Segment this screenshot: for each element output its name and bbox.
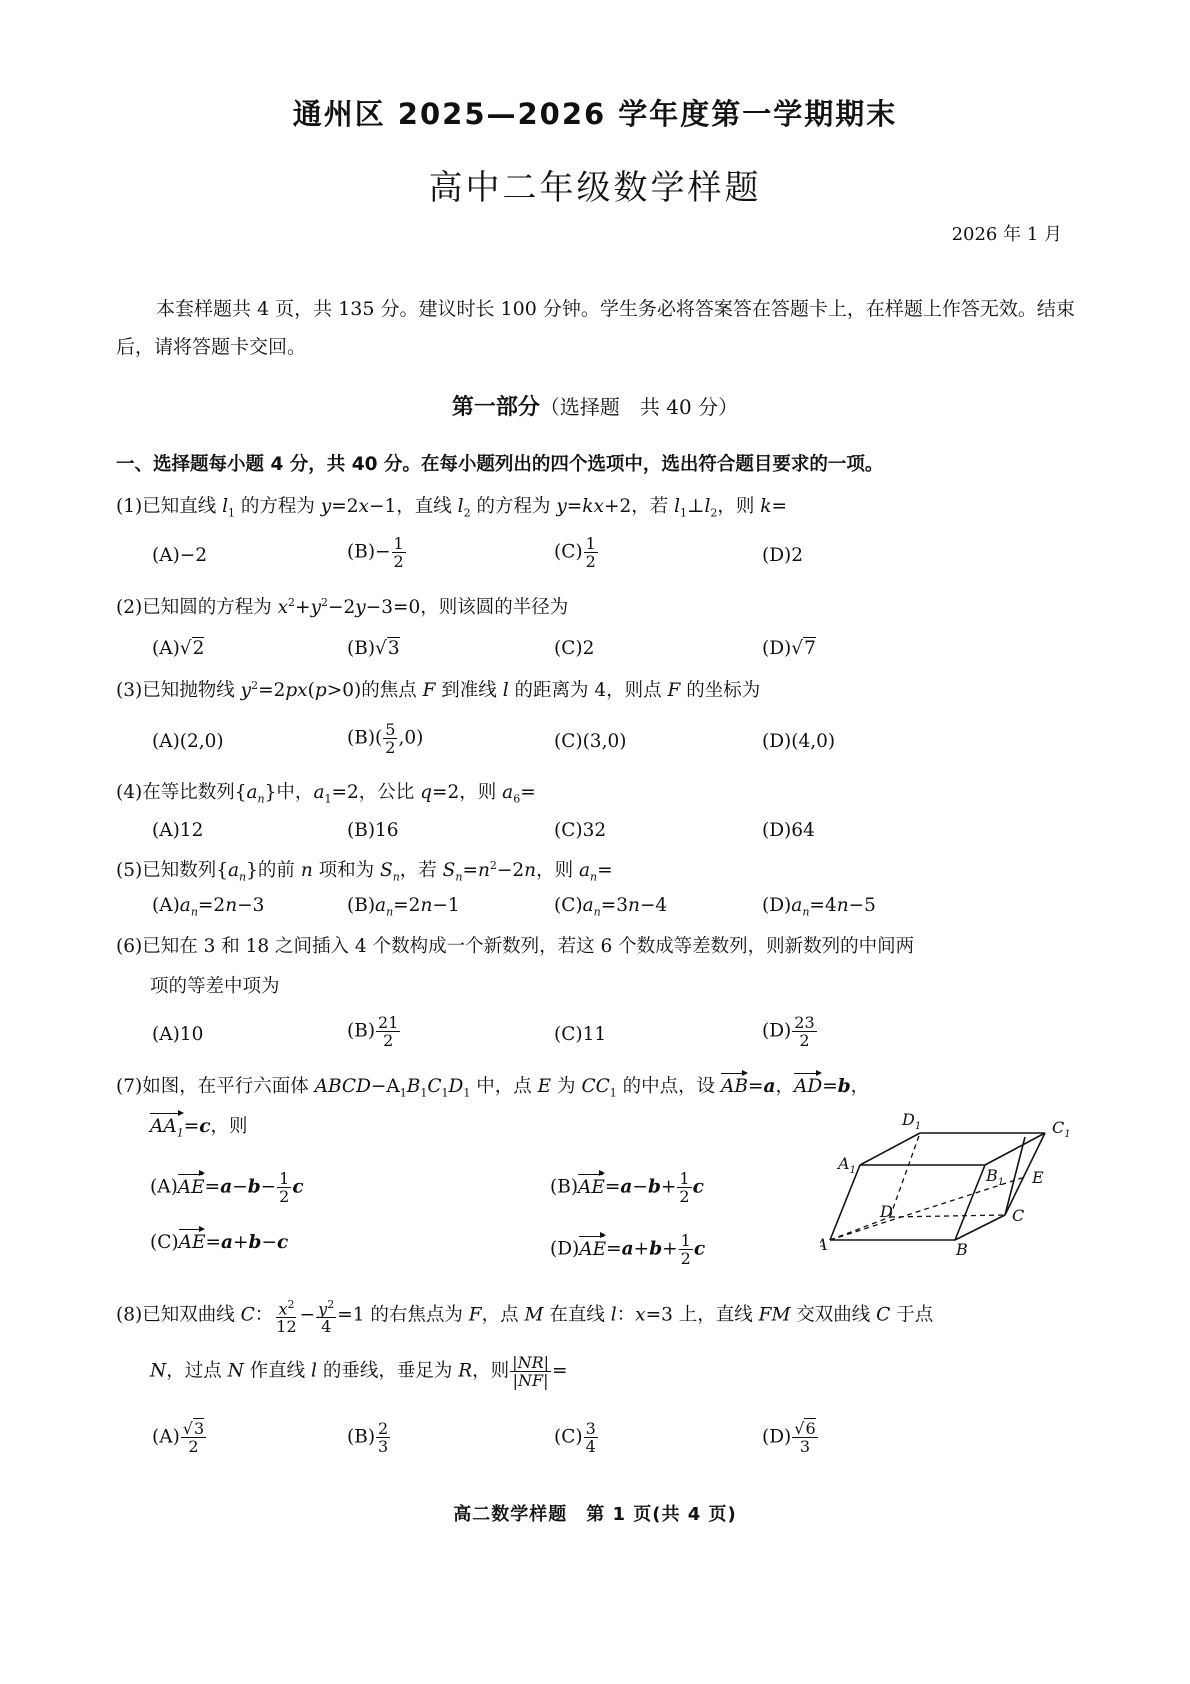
option-c[interactable]: (C)AE=a+b−c [150, 1232, 288, 1253]
exam-instructions: 本套样题共 4 页，共 135 分。建议时长 100 分钟。学生务必将答案答在答… [116, 290, 1076, 366]
label-E: E [1031, 1168, 1044, 1187]
question-3-stem: (3)已知抛物线 y2=2px(p>0)的焦点 F 到准线 l 的距离为 4，则… [116, 676, 760, 702]
question-8-stem-cont: N，过点 N 作直线 l 的垂线，垂足为 R，则|NR||NF|= [150, 1354, 568, 1389]
text: 的右焦点为 [364, 1305, 468, 1326]
option-c[interactable]: (C)(3,0) [554, 731, 626, 752]
text: 已知直线 [142, 496, 222, 517]
label-C1: C1 [1052, 1118, 1071, 1140]
text: 的焦点 [361, 680, 422, 701]
question-number: (5) [116, 860, 142, 881]
option-d[interactable]: (D)√63 [762, 1420, 819, 1455]
option-b[interactable]: (B)an=2n−1 [347, 895, 460, 919]
option-b[interactable]: (B)(52,0) [347, 721, 423, 756]
text: 作直线 [244, 1361, 311, 1382]
text: 已知数列 [142, 860, 216, 881]
text: 的距离为 4，则点 [509, 680, 668, 701]
exam-title: 通州区 2025—2026 学年度第一学期期末 [0, 92, 1190, 133]
text: 中， [276, 782, 313, 803]
option-b[interactable]: (B)−12 [347, 535, 407, 570]
text: ，若 [631, 496, 674, 517]
option-a[interactable]: (A)√32 [152, 1420, 207, 1455]
option-c[interactable]: (C)32 [554, 820, 606, 841]
option-a[interactable]: (A)12 [152, 820, 203, 841]
label-D: D [879, 1202, 893, 1221]
option-a[interactable]: (A)10 [152, 1024, 203, 1045]
text: 的坐标为 [680, 680, 760, 701]
question-7-stem-cont: AA1=c，则 [150, 1112, 248, 1140]
page-footer: 高二数学样题 第 1 页(共 4 页) [0, 1500, 1190, 1526]
question-number: (1) [116, 496, 142, 517]
text: 的前 [258, 860, 301, 881]
text: ，则 [717, 496, 760, 517]
text: 已知在 3 和 18 之间插入 4 个数构成一个新数列，若这 6 个数成等差数列… [142, 936, 914, 957]
question-number: (8) [116, 1305, 142, 1326]
option-c[interactable]: (C)34 [554, 1420, 599, 1455]
option-c[interactable]: (C)2 [554, 638, 594, 659]
text: ， [776, 1076, 795, 1097]
option-d[interactable]: (D)2 [762, 545, 803, 566]
question-number: (2) [116, 597, 142, 618]
text: 为 [551, 1076, 581, 1097]
text: 的方程为 [235, 496, 321, 517]
option-b[interactable]: (B)23 [347, 1420, 391, 1455]
text: 在等比数列 [142, 782, 235, 803]
text: ，则 [211, 1116, 248, 1137]
question-4-stem: (4)在等比数列{an}中，a1=2，公比 q=2，则 a6= [116, 778, 536, 806]
option-b[interactable]: (B)AE=a−b+12c [550, 1170, 704, 1205]
option-b[interactable]: (B)√3 [347, 638, 400, 659]
parallelepiped-figure: A B C D A1 B1 C1 D1 E [820, 1105, 1090, 1255]
question-number: (7) [116, 1076, 142, 1097]
text: 到准线 [435, 680, 502, 701]
text: ，若 [400, 860, 443, 881]
question-5-stem: (5)已知数列{an}的前 n 项和为 Sn，若 Sn=n2−2n，则 an= [116, 856, 613, 884]
text: ，则该圆的半径为 [420, 597, 568, 618]
option-c[interactable]: (C)11 [554, 1024, 606, 1045]
part-note: （选择题 共 40 分） [540, 395, 738, 419]
option-a[interactable]: (A)−2 [152, 545, 207, 566]
label-A: A [820, 1235, 828, 1254]
question-6-stem-cont: 项的等差中项为 [150, 972, 280, 998]
text: 于点 [890, 1305, 933, 1326]
text: ，直线 [396, 496, 457, 517]
label-A1: A1 [836, 1154, 856, 1176]
text: 上，直线 [673, 1305, 759, 1326]
text: 已知抛物线 [142, 680, 240, 701]
question-number: (3) [116, 680, 142, 701]
label-B: B [955, 1240, 968, 1255]
option-d[interactable]: (D)64 [762, 820, 815, 841]
label-C: C [1012, 1206, 1024, 1225]
question-6-stem: (6)已知在 3 和 18 之间插入 4 个数构成一个新数列，若这 6 个数成等… [116, 932, 914, 958]
question-1-stem: (1)已知直线 l1 的方程为 y=2x−1，直线 l2 的方程为 y=kx+2… [116, 492, 787, 520]
option-c[interactable]: (C)12 [554, 535, 599, 570]
option-a[interactable]: (A)(2,0) [152, 731, 224, 752]
part-title: 第一部分 [452, 395, 540, 420]
section-instruction: 一、选择题每小题 4 分，共 40 分。在每小题列出的四个选项中，选出符合题目要… [116, 450, 883, 476]
option-d[interactable]: (D)(4,0) [762, 731, 835, 752]
option-c[interactable]: (C)an=3n−4 [554, 895, 667, 919]
question-number: (4) [116, 782, 142, 803]
exam-subtitle: 高中二年级数学样题 [0, 160, 1190, 209]
question-2-stem: (2)已知圆的方程为 x2+y2−2y−3=0，则该圆的半径为 [116, 593, 568, 619]
part-heading: 第一部分（选择题 共 40 分） [0, 390, 1190, 421]
text: 在直线 [543, 1305, 610, 1326]
option-d[interactable]: (D)AE=a+b+12c [550, 1232, 705, 1267]
text: 项和为 [313, 860, 380, 881]
exam-date: 2026 年 1 月 [952, 220, 1062, 246]
text: 中，点 [470, 1076, 537, 1097]
option-a[interactable]: (A)an=2n−3 [152, 895, 264, 919]
question-8-stem: (8)已知双曲线 C：x212−y24=1 的右焦点为 F，点 M 在直线 l：… [116, 1296, 933, 1335]
label-B1: B1 [985, 1166, 1004, 1188]
text: 已知圆的方程为 [142, 597, 277, 618]
option-b[interactable]: (B)16 [347, 820, 399, 841]
option-d[interactable]: (D)√7 [762, 638, 816, 659]
text: 已知双曲线 [142, 1305, 240, 1326]
text: ，则 [472, 1361, 509, 1382]
text: 交双曲线 [790, 1305, 876, 1326]
option-d[interactable]: (D)232 [762, 1014, 818, 1049]
label-D1: D1 [901, 1110, 921, 1132]
text: 的方程为 [471, 496, 557, 517]
text: ，则 [536, 860, 579, 881]
option-d[interactable]: (D)an=4n−5 [762, 895, 876, 919]
text: ，则 [459, 782, 502, 803]
text: ，公比 [359, 782, 420, 803]
option-a[interactable]: (A)AE=a−b−12c [150, 1170, 304, 1205]
option-a[interactable]: (A)√2 [152, 638, 204, 659]
text: 如图，在平行六面体 [142, 1076, 314, 1097]
question-number: (6) [116, 936, 142, 957]
text: ，过点 [166, 1361, 227, 1382]
text: ，点 [482, 1305, 525, 1326]
option-b[interactable]: (B)212 [347, 1014, 401, 1049]
question-7-stem: (7)如图，在平行六面体 ABCD−A1B1C1D1 中，点 E 为 CC1 的… [116, 1072, 869, 1100]
text: 的垂线，垂足为 [317, 1361, 458, 1382]
text: 的中点，设 [617, 1076, 721, 1097]
